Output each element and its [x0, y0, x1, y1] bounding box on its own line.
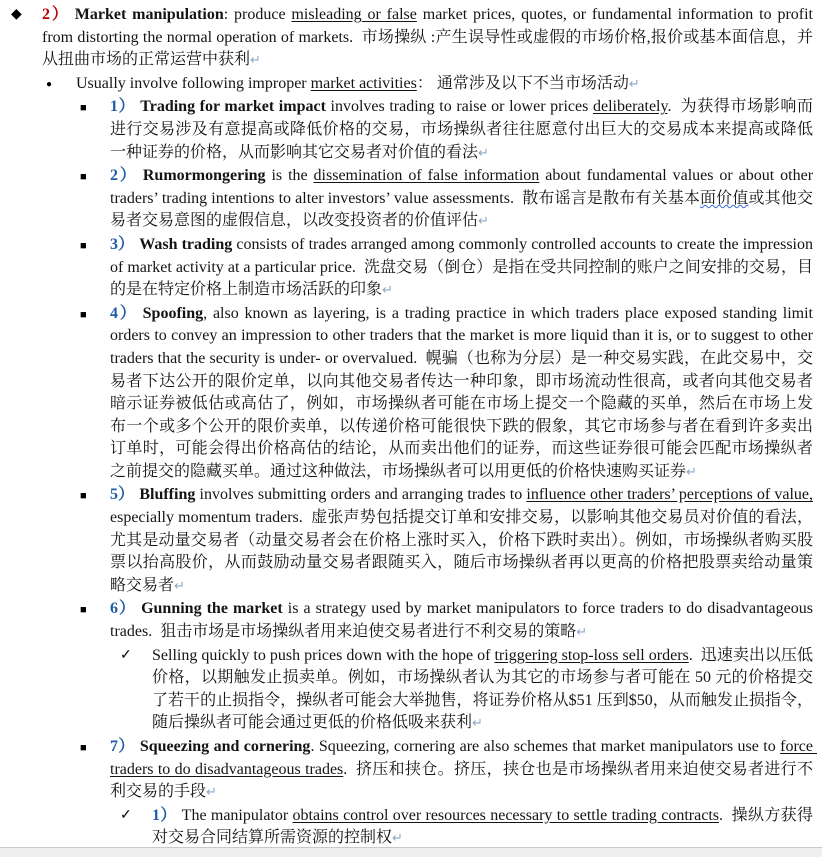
text-run: market activities	[311, 75, 417, 92]
bottom-strip	[0, 847, 822, 857]
text-run: Usually involve following improper	[76, 75, 311, 92]
square-bullet-icon: ■	[80, 737, 87, 760]
paragraph-return-mark: ↵	[206, 785, 217, 800]
paragraph: ◆2）Market manipulation: produce misleadi…	[0, 4, 822, 73]
paragraph: ✓Selling quickly to push prices down wit…	[0, 645, 822, 736]
paragraph: ■3）Wash trading consists of trades arran…	[0, 234, 822, 303]
text-run: ： 通常涉及以下不当市场活动	[417, 75, 629, 92]
square-bullet-icon: ■	[80, 235, 87, 258]
circle-bullet-icon: ●	[46, 74, 52, 97]
text-run: . Squeezing, cornering are also schemes …	[310, 738, 780, 755]
text-run: Rumormongering	[143, 167, 266, 184]
paragraph: ■6）Gunning the market is a strategy used…	[0, 598, 822, 644]
text-run: obtains control over resources necessary…	[293, 807, 719, 824]
text-run: 3）	[110, 236, 139, 253]
text-run: The manipulator	[182, 807, 293, 824]
paragraph-return-mark: ↵	[629, 77, 640, 92]
square-bullet-icon: ■	[80, 599, 87, 622]
text-run: Bluffing	[139, 486, 195, 503]
paragraph: ■4）Spoofing, also known as layering, is …	[0, 303, 822, 485]
text-run: Spoofing	[143, 305, 203, 322]
text-run: 6）	[110, 600, 141, 617]
square-bullet-icon: ■	[80, 485, 87, 508]
text-run: 1）	[110, 98, 140, 115]
text-run: 7）	[110, 738, 140, 755]
text-run: misleading or false	[291, 6, 416, 23]
text-run: Selling quickly to push prices down with…	[152, 647, 494, 664]
text-run: Market manipulation	[75, 6, 224, 23]
text-run: 5）	[110, 486, 139, 503]
paragraph-return-mark: ↵	[576, 625, 587, 640]
text-run: influence other traders’ perceptions of …	[526, 486, 813, 503]
text-run: , also known as layering, is a trading p…	[110, 305, 817, 480]
paragraph-return-mark: ↵	[478, 146, 489, 161]
text-run: 2）	[110, 167, 143, 184]
text-run: triggering stop-loss sell orders	[494, 647, 688, 664]
check-bullet-icon: ✓	[120, 645, 132, 668]
paragraph: ✓1）The manipulator obtains control over …	[0, 805, 822, 851]
text-run: deliberately	[593, 98, 667, 115]
paragraph: ■7）Squeezing and cornering. Squeezing, c…	[0, 736, 822, 805]
text-run: Squeezing and cornering	[140, 738, 311, 755]
paragraph-return-mark: ↵	[472, 716, 483, 731]
text-run: Wash trading	[139, 236, 232, 253]
text-run: 面价值	[700, 190, 748, 207]
text-run: : produce	[224, 6, 292, 23]
document-page: ◆2）Market manipulation: produce misleadi…	[0, 0, 822, 857]
paragraph-return-mark: ↵	[392, 831, 403, 846]
text-run: dissemination of false information	[314, 167, 540, 184]
paragraph-return-mark: ↵	[382, 283, 393, 298]
paragraphs: ◆2）Market manipulation: produce misleadi…	[0, 4, 822, 851]
paragraph-return-mark: ↵	[478, 214, 489, 229]
text-run: is the	[266, 167, 314, 184]
text-run: Trading for market impact	[140, 98, 326, 115]
paragraph: ■1）Trading for market impact involves tr…	[0, 96, 822, 165]
square-bullet-icon: ■	[80, 304, 87, 327]
text-run: involves submitting orders and arranging…	[195, 486, 526, 503]
text-run: 2）	[42, 6, 75, 23]
paragraph: ●Usually involve following improper mark…	[0, 73, 822, 97]
paragraph-return-mark: ↵	[250, 53, 261, 68]
paragraph: ■5）Bluffing involves submitting orders a…	[0, 484, 822, 598]
paragraph: ■2）Rumormongering is the dissemination o…	[0, 165, 822, 234]
text-run: 4）	[110, 305, 143, 322]
text-run: involves trading to raise or lower price…	[326, 98, 593, 115]
paragraph-return-mark: ↵	[686, 465, 697, 480]
text-run: Gunning the market	[141, 600, 283, 617]
paragraph-return-mark: ↵	[174, 579, 185, 594]
check-bullet-icon: ✓	[120, 805, 132, 828]
square-bullet-icon: ■	[80, 166, 87, 189]
square-bullet-icon: ■	[80, 97, 87, 120]
text-run: 1）	[152, 807, 182, 824]
diamond-bullet-icon: ◆	[11, 4, 22, 27]
